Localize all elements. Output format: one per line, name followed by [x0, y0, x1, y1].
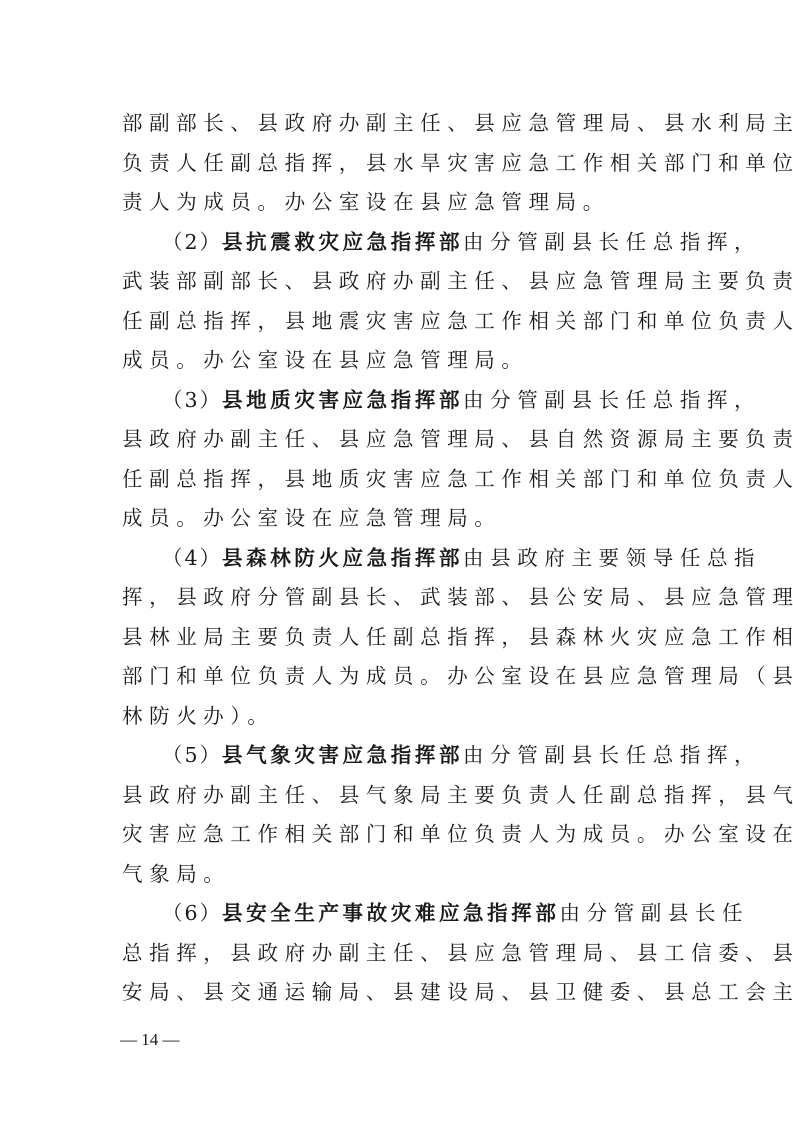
item-number: （6） — [162, 901, 222, 925]
text-line: 成员。办公室设在县应急管理局。 — [122, 341, 674, 381]
section-heading: 县抗震救灾应急指挥部 — [222, 230, 463, 254]
paragraph-production-safety-command: （6）县安全生产事故灾难应急指挥部由分管副县长任 总指挥，县政府办副主任、县应急… — [122, 894, 674, 1013]
text-line: 灾害应急工作相关部门和单位负责人为成员。办公室设在县 — [122, 815, 674, 855]
paragraph-flood-drought-continuation: 部副部长、县政府办副主任、县应急管理局、县水利局主要 负责人任副总指挥，县水旱灾… — [122, 104, 674, 223]
item-number: （3） — [162, 388, 222, 412]
text-line: 气象局。 — [122, 855, 674, 895]
text-line: 挥，县政府分管副县长、武装部、县公安局、县应急管理局、 — [122, 578, 674, 618]
text-line-first: （3）县地质灾害应急指挥部由分管副县长任总指挥， — [122, 381, 674, 421]
section-heading: 县森林防火应急指挥部 — [222, 546, 463, 570]
section-heading: 县气象灾害应急指挥部 — [222, 743, 463, 767]
text-line: 成员。办公室设在应急管理局。 — [122, 499, 674, 539]
heading-rest-text: 由分管副县长任总指挥， — [463, 388, 761, 412]
paragraph-meteorological-command: （5）县气象灾害应急指挥部由分管副县长任总指挥， 县政府办副主任、县气象局主要负… — [122, 736, 674, 894]
document-page: 部副部长、县政府办副主任、县应急管理局、县水利局主要 负责人任副总指挥，县水旱灾… — [122, 104, 674, 1013]
heading-rest-text: 由分管副县长任总指挥， — [463, 743, 761, 767]
text-line: 任副总指挥，县地震灾害应急工作相关部门和单位负责人为 — [122, 302, 674, 342]
heading-rest-text: 由分管副县长任总指挥， — [463, 230, 761, 254]
text-line: 武装部副部长、县政府办副主任、县应急管理局主要负责人 — [122, 262, 674, 302]
text-line: 部副部长、县政府办副主任、县应急管理局、县水利局主要 — [122, 104, 674, 144]
heading-rest-text: 由县政府主要领导任总指 — [463, 546, 761, 570]
text-line: 县政府办副主任、县气象局主要负责人任副总指挥，县气象 — [122, 776, 674, 816]
heading-rest-text: 由分管副县长任 — [559, 901, 749, 925]
item-number: （4） — [162, 546, 222, 570]
text-line: 责人为成员。办公室设在县应急管理局。 — [122, 183, 674, 223]
text-line: 林防火办）。 — [122, 697, 674, 737]
text-line: 安局、县交通运输局、县建设局、县卫健委、县总工会主要 — [122, 973, 674, 1013]
text-line: 县政府办副主任、县应急管理局、县自然资源局主要负责人 — [122, 420, 674, 460]
paragraph-geological-command: （3）县地质灾害应急指挥部由分管副县长任总指挥， 县政府办副主任、县应急管理局、… — [122, 381, 674, 539]
section-heading: 县地质灾害应急指挥部 — [222, 388, 463, 412]
text-line: 任副总指挥，县地质灾害应急工作相关部门和单位负责人为 — [122, 460, 674, 500]
page-number: — 14 — — [120, 1030, 180, 1050]
item-number: （2） — [162, 230, 222, 254]
paragraph-forest-fire-command: （4）县森林防火应急指挥部由县政府主要领导任总指 挥，县政府分管副县长、武装部、… — [122, 539, 674, 737]
paragraph-earthquake-command: （2）县抗震救灾应急指挥部由分管副县长任总指挥， 武装部副部长、县政府办副主任、… — [122, 223, 674, 381]
text-line-first: （5）县气象灾害应急指挥部由分管副县长任总指挥， — [122, 736, 674, 776]
text-line: 负责人任副总指挥，县水旱灾害应急工作相关部门和单位负 — [122, 144, 674, 184]
text-line-first: （2）县抗震救灾应急指挥部由分管副县长任总指挥， — [122, 223, 674, 263]
text-line-first: （6）县安全生产事故灾难应急指挥部由分管副县长任 — [122, 894, 674, 934]
text-line-first: （4）县森林防火应急指挥部由县政府主要领导任总指 — [122, 539, 674, 579]
text-line: 县林业局主要负责人任副总指挥，县森林火灾应急工作相关 — [122, 618, 674, 658]
section-heading: 县安全生产事故灾难应急指挥部 — [222, 901, 559, 925]
item-number: （5） — [162, 743, 222, 767]
text-line: 部门和单位负责人为成员。办公室设在县应急管理局（县森 — [122, 657, 674, 697]
text-line: 总指挥，县政府办副主任、县应急管理局、县工信委、县公 — [122, 934, 674, 974]
